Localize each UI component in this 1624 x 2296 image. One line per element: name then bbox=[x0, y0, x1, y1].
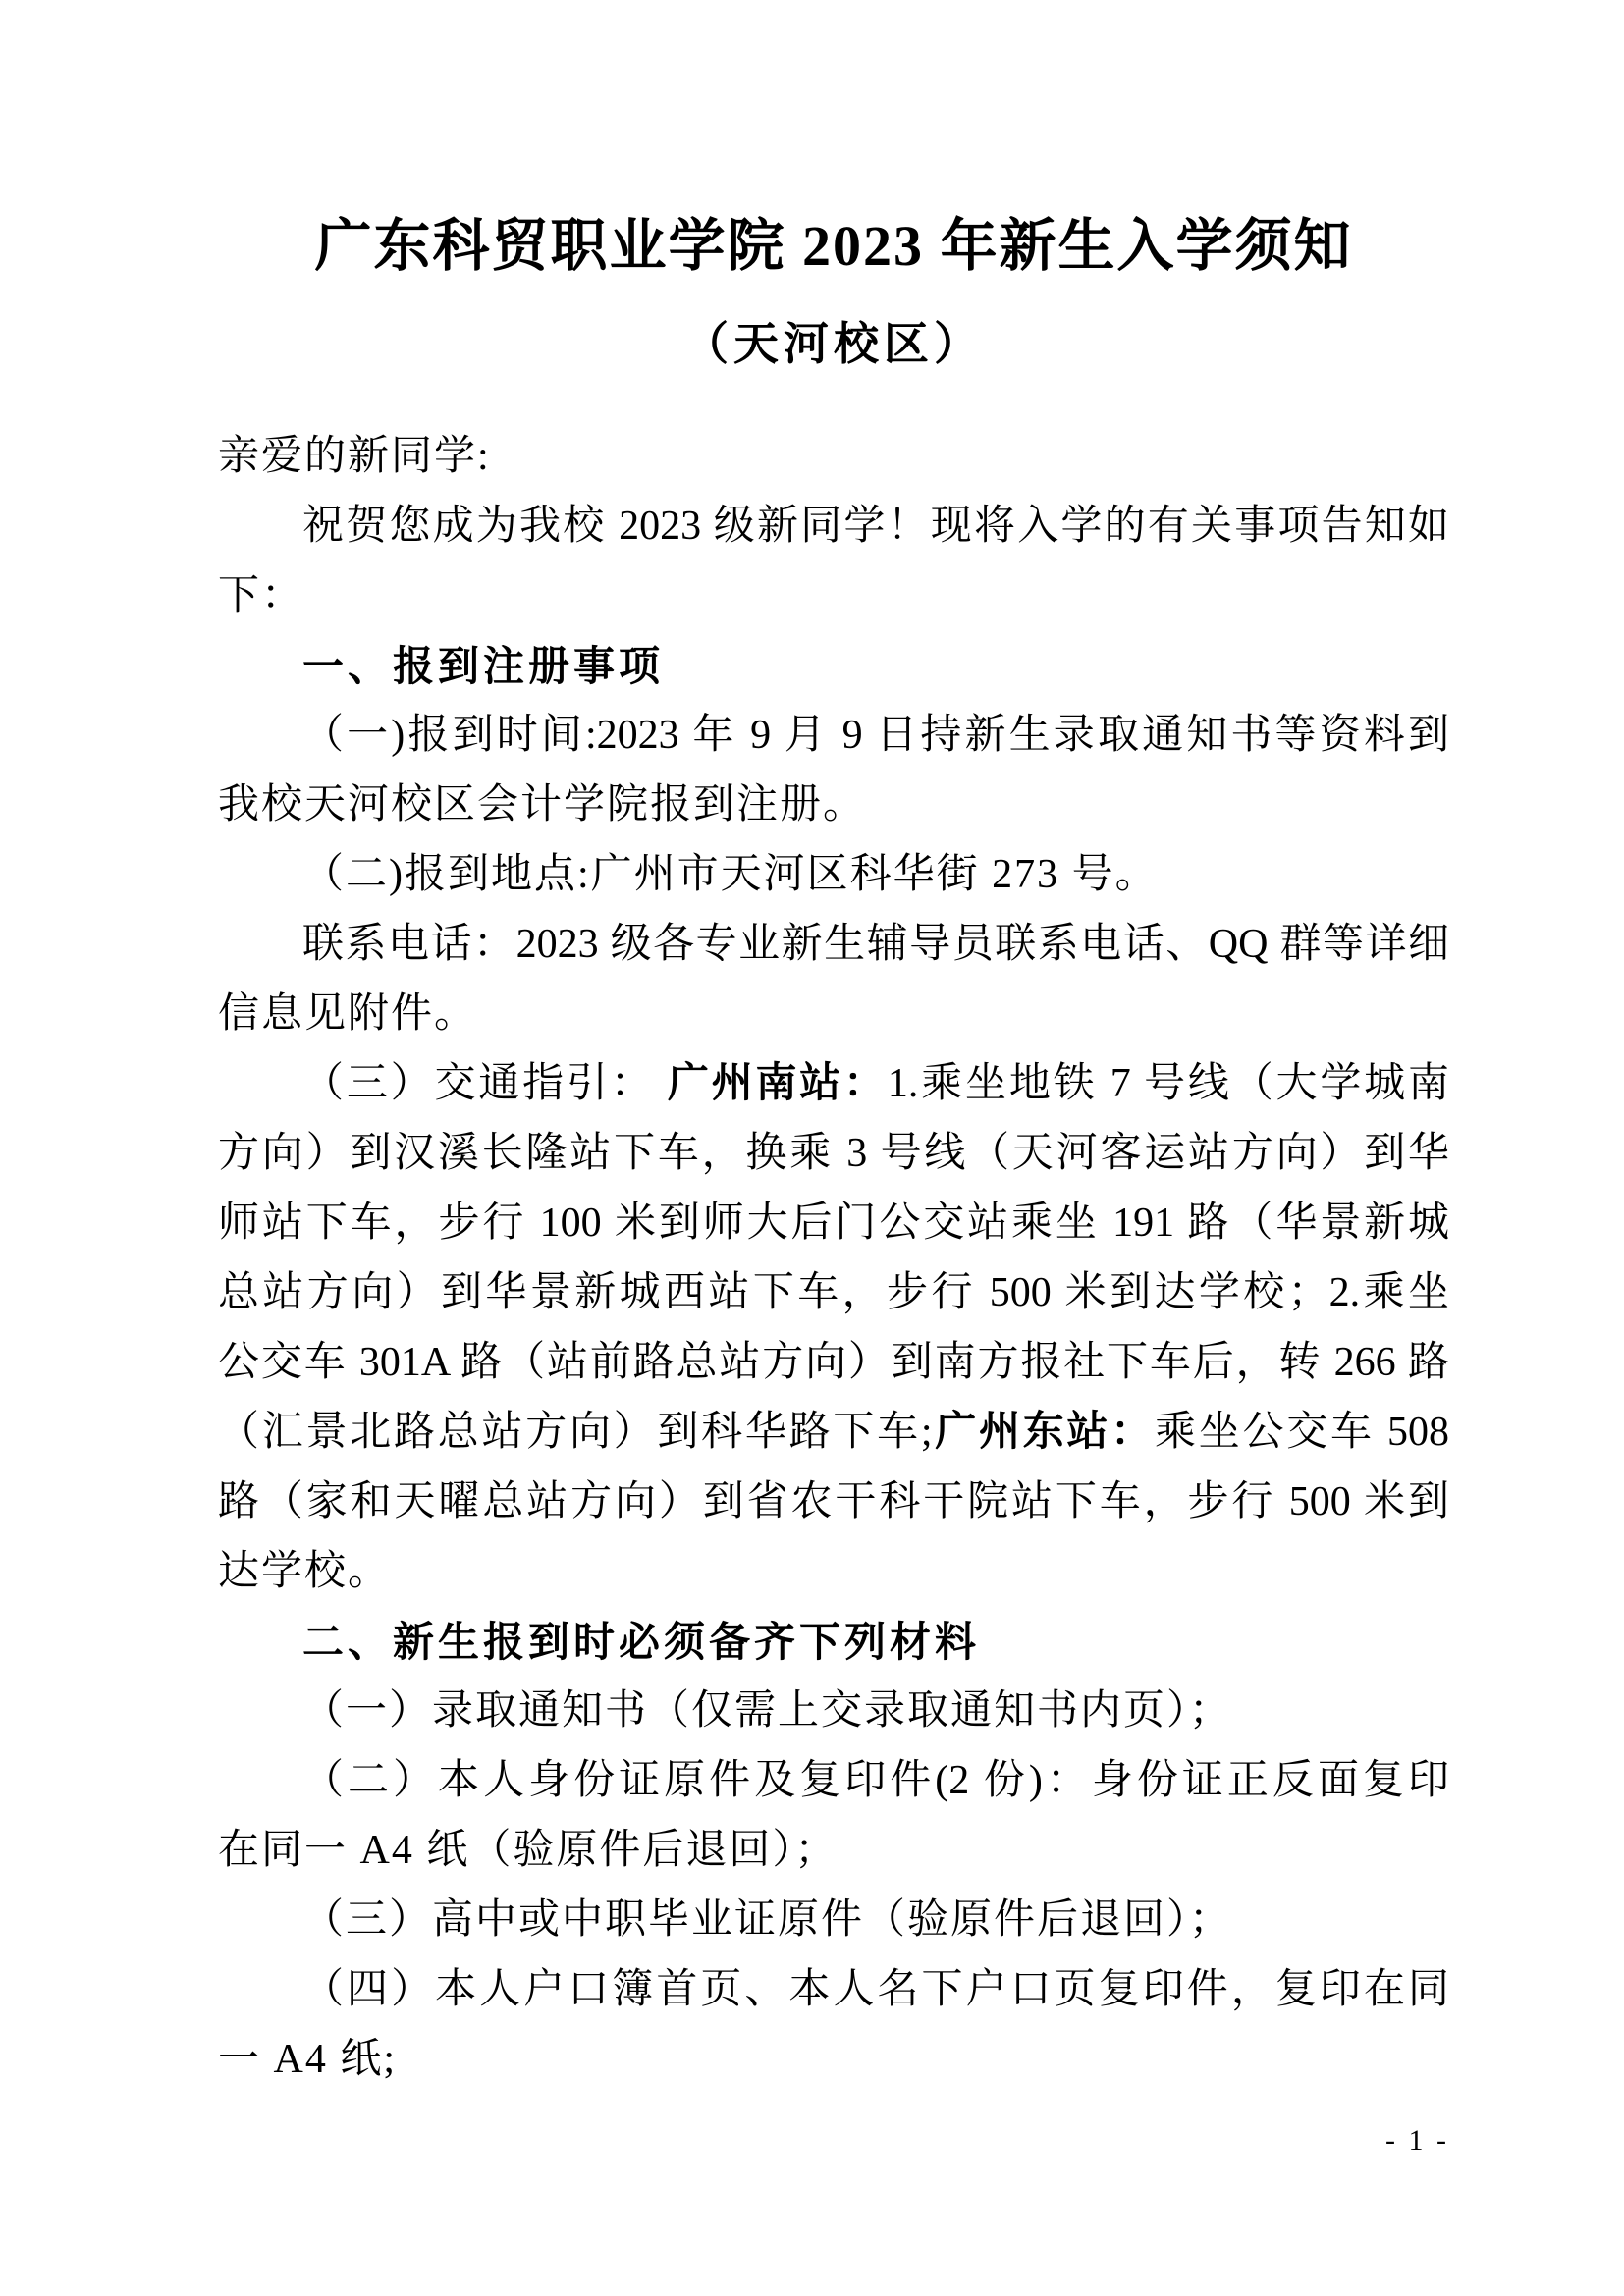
section-2-heading: 二、新生报到时必须备齐下列材料 bbox=[218, 1607, 1449, 1677]
registration-time-line-2: 我校天河校区会计学院报到注册。 bbox=[218, 771, 1449, 840]
material-item-4-line-2: 一 A4 纸; bbox=[218, 2025, 1449, 2095]
section-1-heading: 一、报到注册事项 bbox=[218, 631, 1449, 701]
transport-guide-line-8: 达学校。 bbox=[218, 1537, 1449, 1607]
document-page: 广东科贸职业学院 2023 年新生入学须知 （天河校区） 亲爱的新同学: 祝贺您… bbox=[0, 0, 1624, 2296]
material-item-2-line-2: 在同一 A4 纸（验原件后退回）； bbox=[218, 1816, 1449, 1886]
transport-guide-line-2: 方向）到汉溪长隆站下车，换乘 3 号线（天河客运站方向）到华 bbox=[218, 1119, 1449, 1189]
station-south-label: 广州南站： bbox=[668, 1061, 888, 1106]
material-item-3: （三）高中或中职毕业证原件（验原件后退回）； bbox=[218, 1886, 1449, 1955]
transport-guide-label: （三）交通指引： bbox=[302, 1061, 668, 1106]
document-content: 广东科贸职业学院 2023 年新生入学须知 （天河校区） 亲爱的新同学: 祝贺您… bbox=[0, 0, 1624, 2158]
contact-phone-line-1: 联系电话：2023 级各专业新生辅导员联系电话、QQ 群等详细 bbox=[218, 910, 1449, 980]
station-east-label: 广州东站： bbox=[933, 1410, 1155, 1455]
transport-guide-line-7: 路（家和天曜总站方向）到省农干科干院站下车，步行 500 米到 bbox=[218, 1468, 1449, 1537]
transport-guide-line-6: （汇景北路总站方向）到科华路下车;广州东站：乘坐公交车 508 bbox=[218, 1398, 1449, 1468]
document-title: 广东科贸职业学院 2023 年新生入学须知 bbox=[218, 211, 1449, 283]
transport-guide-line-5: 公交车 301A 路（站前路总站方向）到南方报社下车后，转 266 路 bbox=[218, 1328, 1449, 1398]
transport-guide-line-1: （三）交通指引： 广州南站：1.乘坐地铁 7 号线（大学城南 bbox=[218, 1049, 1449, 1119]
intro-line-2: 下： bbox=[218, 561, 1449, 631]
salutation-line: 亲爱的新同学: bbox=[218, 422, 1449, 492]
material-item-2-line-1: （二）本人身份证原件及复印件(2 份)：身份证正反面复印 bbox=[218, 1746, 1449, 1816]
registration-place-line: （二)报到地点:广州市天河区科华街 273 号。 bbox=[218, 840, 1449, 910]
transport-guide-line-3: 师站下车，步行 100 米到师大后门公交站乘坐 191 路（华景新城 bbox=[218, 1189, 1449, 1258]
transport-route-1: 1.乘坐地铁 7 号线（大学城南 bbox=[888, 1061, 1449, 1106]
registration-time-line-1: （一)报到时间:2023 年 9 月 9 日持新生录取通知书等资料到 bbox=[218, 701, 1449, 771]
material-item-4-line-1: （四）本人户口簿首页、本人名下户口页复印件，复印在同 bbox=[218, 1955, 1449, 2025]
document-body: 亲爱的新同学: 祝贺您成为我校 2023 级新同学！现将入学的有关事项告知如 下… bbox=[218, 422, 1449, 2095]
intro-line-1: 祝贺您成为我校 2023 级新同学！现将入学的有关事项告知如 bbox=[218, 492, 1449, 561]
transport-route-3: 乘坐公交车 508 bbox=[1155, 1410, 1449, 1455]
transport-route-2: （汇景北路总站方向）到科华路下车; bbox=[218, 1410, 933, 1455]
contact-phone-line-2: 信息见附件。 bbox=[218, 980, 1449, 1049]
material-item-1: （一）录取通知书（仅需上交录取通知书内页）； bbox=[218, 1677, 1449, 1746]
page-number: - 1 - bbox=[218, 2124, 1449, 2158]
document-subtitle: （天河校区） bbox=[218, 308, 1449, 373]
transport-guide-line-4: 总站方向）到华景新城西站下车，步行 500 米到达学校；2.乘坐 bbox=[218, 1258, 1449, 1328]
